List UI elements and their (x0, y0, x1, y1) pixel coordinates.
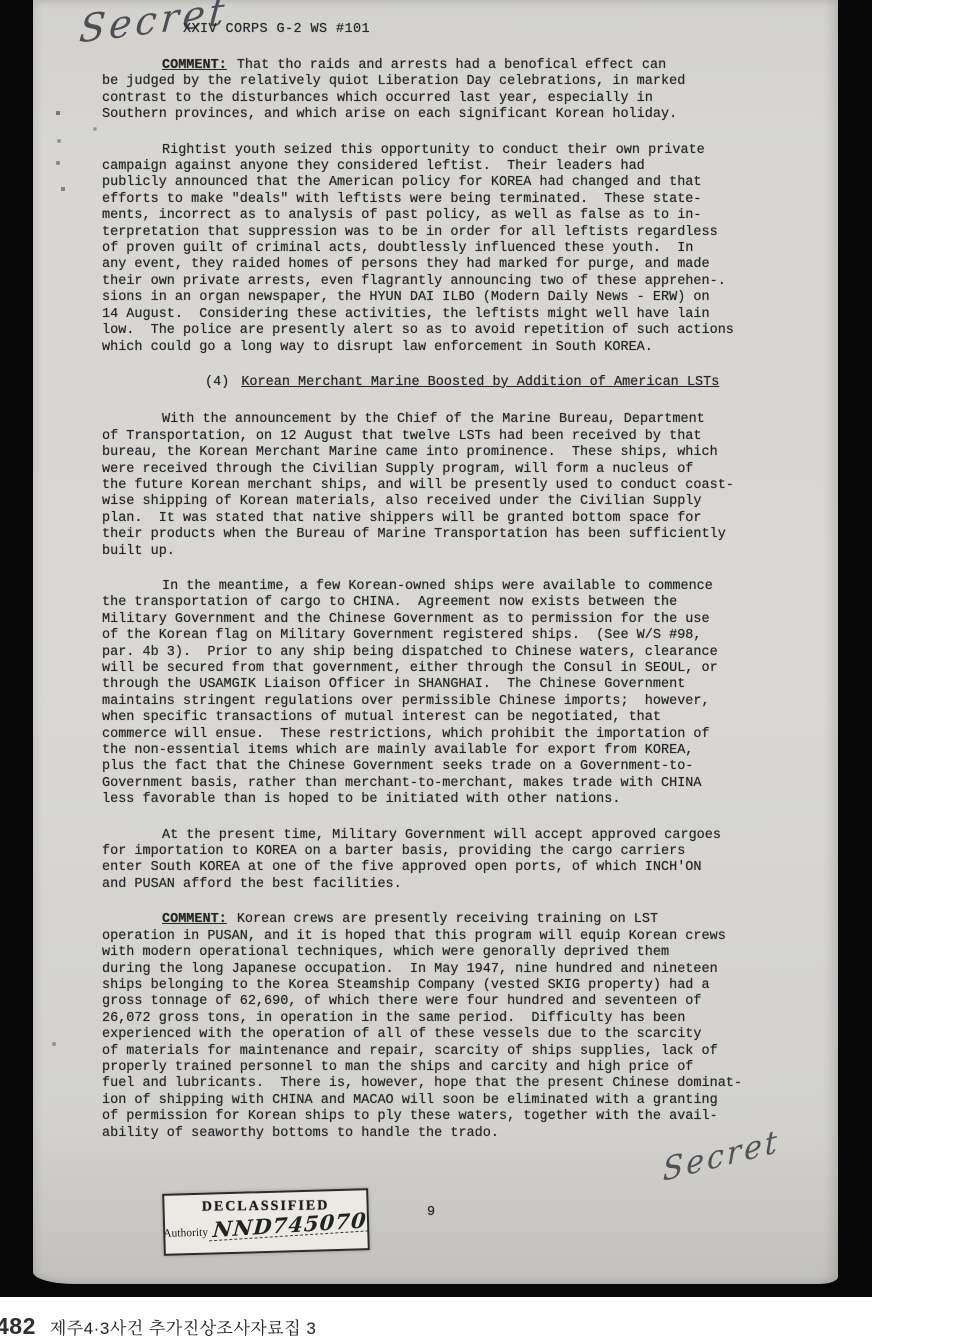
page-number: 9 (427, 1205, 435, 1220)
comment-label: COMMENT: (162, 58, 227, 73)
declassified-stamp: DECLASSIFIED Authority NND745070 (162, 1188, 370, 1256)
paragraph-text: With the announcement by the Chief of th… (102, 412, 734, 558)
paragraph-rightist-youth: Rightist youth seized this opportunity t… (102, 143, 778, 356)
document-page: Secret XXIV CORPS G-2 WS #101 COMMENT:Th… (33, 0, 838, 1284)
authority-number: NND745070 (209, 1210, 370, 1241)
paragraph-china-trade: In the meantime, a few Korean-owned ship… (102, 579, 778, 809)
paragraph-text: At the present time, Military Government… (102, 828, 721, 892)
paragraph-comment-2: COMMENT:Korean crews are presently recei… (102, 912, 778, 1142)
book-page-number: 482 (0, 1313, 36, 1336)
book-title: 제주4·3사건 추가진상조사자료집 3 (50, 1314, 316, 1336)
declassified-stamp-authority: Authority NND745070 (165, 1213, 368, 1240)
section-heading: (4)Korean Merchant Marine Boosted by Add… (205, 375, 778, 391)
section-title: Korean Merchant Marine Boosted by Additi… (241, 375, 719, 390)
section-number: (4) (205, 375, 229, 390)
paragraph-barter-basis: At the present time, Military Government… (102, 828, 778, 894)
scanned-document-photo: Secret XXIV CORPS G-2 WS #101 COMMENT:Th… (0, 0, 872, 1297)
paragraph-text: Korean crews are presently receiving tra… (102, 912, 742, 1140)
document-body: COMMENT:That tho raids and arrests had a… (33, 0, 838, 1142)
paragraph-comment-1: COMMENT:That tho raids and arrests had a… (102, 58, 778, 124)
paragraph-text: In the meantime, a few Korean-owned ship… (102, 579, 718, 807)
paragraph-text: Rightist youth seized this opportunity t… (102, 143, 734, 355)
book-caption: 482 제주4·3사건 추가진상조사자료집 3 (0, 1313, 316, 1336)
paragraph-marine-bureau: With the announcement by the Chief of th… (102, 412, 778, 560)
authority-label: Authority (163, 1227, 208, 1240)
comment-label: COMMENT: (162, 912, 227, 927)
